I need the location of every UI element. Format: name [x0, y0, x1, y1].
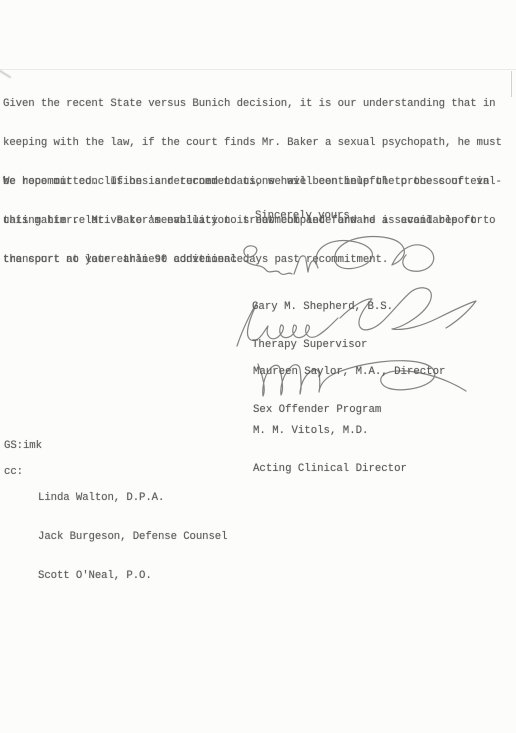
signer-name: M. M. Vitols, M.D.: [253, 425, 407, 438]
signature-block-vitols: M. M. Vitols, M.D. Acting Clinical Direc…: [253, 400, 407, 501]
cc-recipient: Scott O'Neal, P.O.: [38, 570, 227, 583]
cc-label: cc:: [4, 466, 23, 479]
reference-initials: GS:imk: [4, 440, 42, 453]
signer-title: Acting Clinical Director: [253, 463, 407, 476]
cc-recipient: Linda Walton, D.P.A.: [38, 492, 227, 505]
cc-recipient-list: Linda Walton, D.P.A. Jack Burgeson, Defe…: [38, 466, 227, 609]
signer-name: Gary M. Shepherd, B.S.: [252, 301, 393, 314]
letter-page: Given the recent State versus Bunich dec…: [0, 0, 516, 733]
signer-name: Maureen Saylor, M.A., Director: [253, 366, 445, 379]
signature-gary-shepherd: [244, 237, 434, 275]
cc-recipient: Jack Burgeson, Defense Counsel: [38, 531, 227, 544]
